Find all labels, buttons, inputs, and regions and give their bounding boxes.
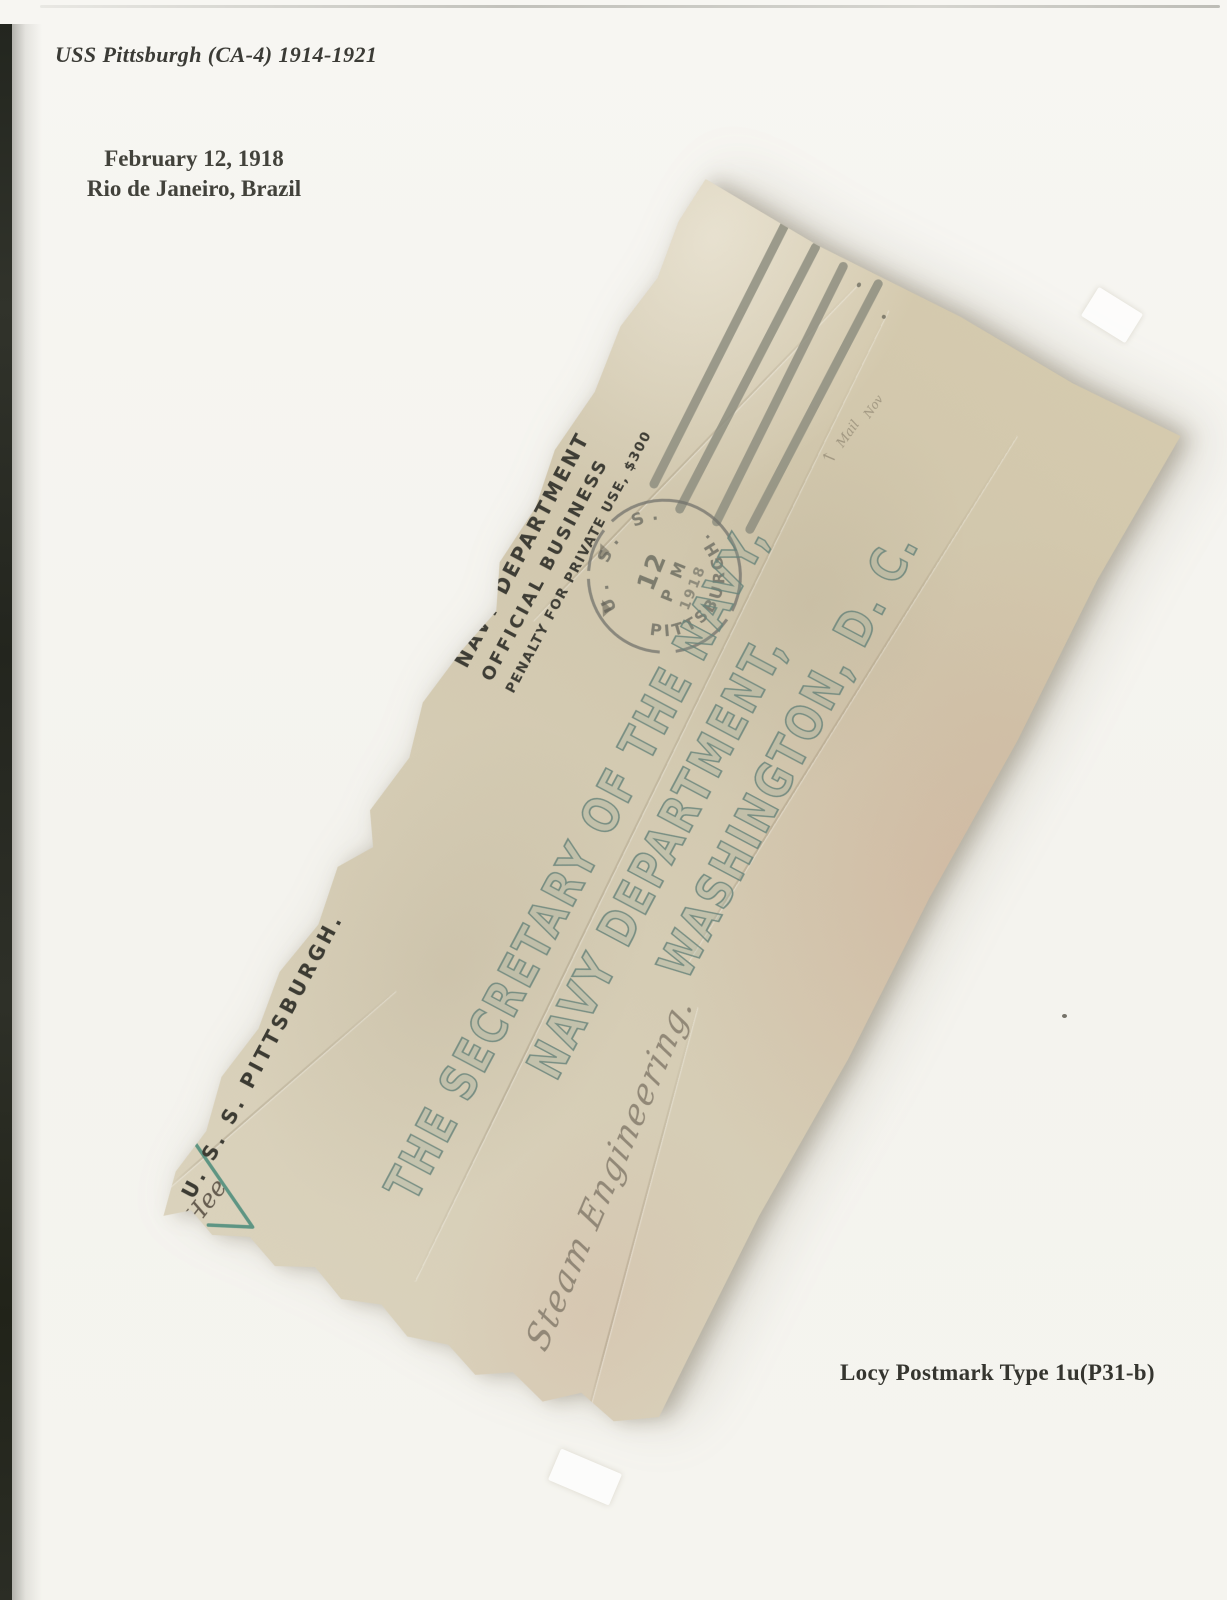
pencil-word: Nov: [860, 392, 886, 420]
page-top-edge: [40, 5, 1220, 8]
album-page: USS Pittsburgh (CA-4) 1914-1921 February…: [0, 0, 1227, 1600]
spine-shadow: [12, 24, 42, 1600]
corner-card: U. S. S. PITTSBURGH.: [177, 908, 349, 1202]
date-line: February 12, 1918: [56, 144, 332, 174]
killer-bar: [648, 220, 790, 490]
page-speck: [1062, 1014, 1067, 1018]
killer-bar: [674, 241, 822, 515]
location-line: Rio de Janeiro, Brazil: [56, 174, 332, 204]
book-spine-strip: [0, 24, 12, 1600]
envelope: Hee U. S. S. PITTSBURGH. NAVY DEPARTMENT…: [148, 174, 1183, 1465]
page-title: USS Pittsburgh (CA-4) 1914-1921: [55, 42, 377, 68]
mounting-corner: [1081, 287, 1143, 343]
mounting-corner: [548, 1448, 622, 1505]
date-location-block: February 12, 1918 Rio de Janeiro, Brazil: [56, 144, 332, 204]
envelope-rotation-wrap: Hee U. S. S. PITTSBURGH. NAVY DEPARTMENT…: [148, 174, 1183, 1465]
killer-bar: [711, 260, 850, 527]
pencil-arrow: ↑: [818, 447, 842, 468]
postmark-type-caption: Locy Postmark Type 1u(P31-b): [840, 1360, 1155, 1386]
